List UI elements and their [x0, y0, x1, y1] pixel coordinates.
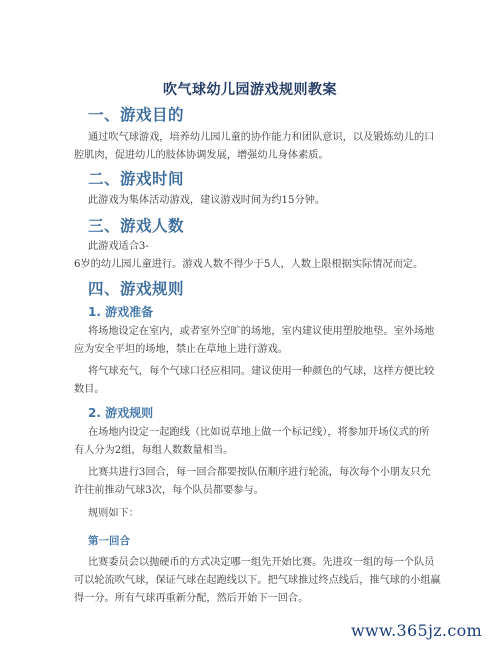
paragraph-line: 将场地设定在室内，或者室外空旷的场地，室内建议使用塑胶地垫。室外场地: [74, 323, 426, 341]
paragraph-line: 在场地内设定一起跑线（比如说草地上做一个标记线），将参加开场仪式的所: [74, 424, 426, 442]
subsection-heading-game-rules: 2. 游戏规则: [88, 404, 153, 421]
paragraph-line: 6岁的幼儿园儿童进行。游戏人数不得少于5人，人数上限根据实际情况而定。: [60, 256, 426, 274]
paragraph-first-round: 比赛委员会以抛硬币的方式决定哪一组先开始比赛。先进攻一组的每一个队员 可以轮流吹…: [74, 554, 426, 608]
paragraph-line: 通过吹气球游戏，培养幼儿园儿童的协作能力和团队意识，以及锻炼幼儿的口: [74, 129, 426, 147]
paragraph-purpose: 通过吹气球游戏，培养幼儿园儿童的协作能力和团队意识，以及锻炼幼儿的口 腔肌肉，促…: [74, 129, 426, 165]
section-heading-purpose: 一、游戏目的: [88, 103, 184, 125]
paragraph-line: 有人分为2组，每组人数数量相当。: [60, 442, 426, 460]
section-heading-players: 三、游戏人数: [88, 214, 184, 236]
section-heading-time: 二、游戏时间: [88, 167, 184, 189]
paragraph-players: 此游戏适合3- 6岁的幼儿园儿童进行。游戏人数不得少于5人，人数上限根据实际情况…: [74, 238, 426, 274]
paragraph-line: 规则如下：: [74, 505, 426, 523]
paragraph-line: 比赛共进行3回合，每一回合都要按队伍顺序进行轮流，每次每个小朋友只允: [74, 464, 426, 482]
paragraph-rules-intro: 规则如下：: [74, 505, 426, 523]
paragraph-preparation-venue: 将场地设定在室内，或者室外空旷的场地，室内建议使用塑胶地垫。室外场地 应为安全平…: [74, 323, 426, 359]
document-page: 吹气球幼儿园游戏规则教案 一、游戏目的 通过吹气球游戏，培养幼儿园儿童的协作能力…: [0, 0, 500, 647]
paragraph-line: 腔肌肉，促进幼儿的肢体协调发展，增强幼儿身体素质。: [60, 147, 426, 165]
paragraph-line: 比赛委员会以抛硬币的方式决定哪一组先开始比赛。先进攻一组的每一个队员: [74, 554, 426, 572]
paragraph-line: 将气球充气，每个气球口径应相同。建议使用一种颜色的气球，这样方便比较: [74, 363, 426, 381]
section-heading-rules: 四、游戏规则: [88, 277, 184, 299]
paragraph-line: 得一分。所有气球再重新分配，然后开始下一回合。: [60, 590, 426, 608]
paragraph-rounds: 比赛共进行3回合，每一回合都要按队伍顺序进行轮流，每次每个小朋友只允 许往前推动…: [74, 464, 426, 500]
paragraph-preparation-balloons: 将气球充气，每个气球口径应相同。建议使用一种颜色的气球，这样方便比较 数目。: [74, 363, 426, 399]
paragraph-line: 应为安全平坦的场地，禁止在草地上进行游戏。: [60, 341, 426, 359]
paragraph-line: 许往前推动气球3次，每个队员都要参与。: [60, 482, 426, 500]
paragraph-time: 此游戏为集体活动游戏，建议游戏时间为约15分钟。: [74, 192, 426, 210]
paragraph-line: 可以轮流吹气球，保证气球在起跑线以下。把气球推过终点线后，推气球的小组赢: [60, 572, 426, 590]
paragraph-line: 此游戏适合3-: [74, 238, 426, 256]
watermark-text: www.365jz.com: [351, 621, 482, 640]
subsection-heading-preparation: 1. 游戏准备: [88, 303, 153, 320]
round-heading-first: 第一回合: [88, 533, 130, 548]
paragraph-start-line: 在场地内设定一起跑线（比如说草地上做一个标记线），将参加开场仪式的所 有人分为2…: [74, 424, 426, 460]
paragraph-line: 数目。: [60, 381, 426, 399]
document-title: 吹气球幼儿园游戏规则教案: [0, 79, 500, 99]
paragraph-line: 此游戏为集体活动游戏，建议游戏时间为约15分钟。: [74, 192, 426, 210]
